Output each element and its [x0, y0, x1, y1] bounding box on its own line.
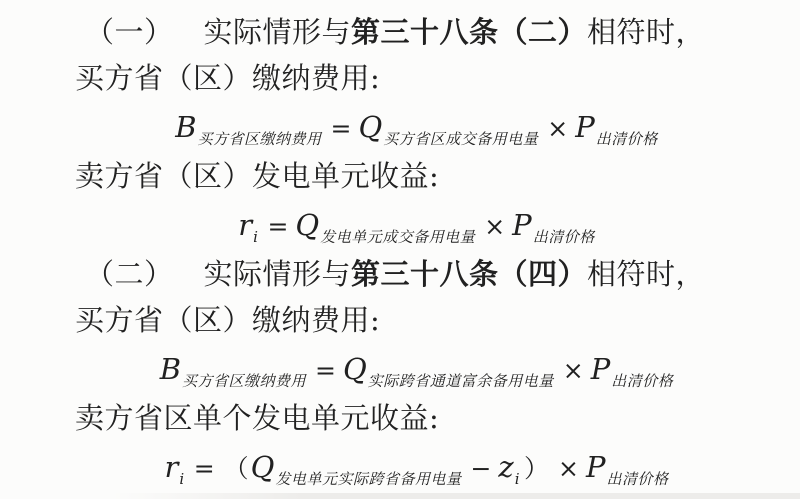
formula-subscript: i	[515, 470, 520, 488]
formula-variable: B	[160, 352, 181, 386]
formula-operator: ×	[558, 454, 579, 483]
formula-subscript: 买方省区成交备用电量	[383, 130, 538, 148]
formula-variable: Q	[295, 208, 319, 242]
formula-variable: Q	[251, 450, 275, 484]
formula-subscript: 出清价格	[611, 372, 673, 390]
formula-operator: =	[315, 356, 336, 385]
document-page: （一）实际情形与第三十八条（二）相符时， 买方省（区）缴纳费用: B买方省区缴纳…	[0, 0, 800, 499]
formula-variable: P	[591, 352, 611, 386]
formula-variable: Q	[359, 110, 383, 144]
formula-variable: B	[175, 110, 196, 144]
formula-variable: r	[238, 208, 252, 242]
formula-operator: =	[194, 454, 215, 483]
heading-text: 相符时，	[587, 15, 705, 49]
section-1-heading: （一）实际情形与第三十八条（二）相符时，	[75, 9, 760, 55]
buyer-fee-formula: B买方省区缴纳费用=Q实际跨省通道富余备用电量×P出清价格	[75, 343, 760, 395]
heading-text: 实际情形与	[204, 15, 352, 49]
document-content: （一）实际情形与第三十八条（二）相符时， 买方省（区）缴纳费用: B买方省区缴纳…	[0, 0, 800, 493]
buyer-fee-line: 买方省（区）缴纳费用:	[75, 297, 760, 343]
section-2-heading: （二）实际情形与第三十八条（四）相符时，	[75, 251, 760, 297]
heading-text: 实际情形与	[204, 257, 352, 291]
formula-subscript: i	[253, 228, 258, 246]
formula-variable: P	[586, 450, 606, 484]
formula-variable: z	[498, 450, 513, 484]
formula-variable: Q	[343, 352, 367, 386]
section-1-numeral: （一）	[85, 15, 174, 49]
formula-variable: P	[575, 110, 595, 144]
formula-operator: −	[470, 454, 491, 483]
seller-revenue-formula: ri=Q发电单元成交备用电量×P出清价格	[75, 199, 760, 251]
formula-subscript: 实际跨省通道富余备用电量	[368, 372, 554, 390]
buyer-fee-formula: B买方省区缴纳费用=Q买方省区成交备用电量×P出清价格	[75, 101, 760, 153]
formula-subscript: 出清价格	[596, 130, 658, 148]
article-reference-bold: 第三十八条（二）	[351, 15, 587, 49]
formula-operator: ×	[563, 356, 584, 385]
formula-operator: ×	[547, 114, 568, 143]
formula-subscript: 买方省区缴纳费用	[182, 372, 306, 390]
seller-revenue-line: 卖方省区单个发电单元收益:	[75, 395, 760, 441]
buyer-fee-line: 买方省（区）缴纳费用:	[75, 55, 760, 101]
article-reference-bold: 第三十八条（四）	[351, 257, 587, 291]
formula-variable: r	[165, 450, 179, 484]
formula-subscript: 出清价格	[533, 228, 595, 246]
formula-operator: ×	[484, 212, 505, 241]
formula-subscript: i	[179, 470, 184, 488]
page-bottom-edge	[0, 493, 800, 499]
seller-revenue-line: 卖方省（区）发电单元收益:	[75, 153, 760, 199]
formula-subscript: 出清价格	[606, 470, 668, 488]
formula-subscript: 发电单元成交备用电量	[320, 228, 475, 246]
seller-revenue-formula: ri=（Q发电单元实际跨省备用电量−zi）×P出清价格	[75, 441, 760, 493]
formula-variable: P	[512, 208, 532, 242]
formula-paren-icon: （	[224, 454, 249, 483]
formula-subscript: 发电单元实际跨省备用电量	[275, 470, 461, 488]
formula-paren-icon: ）	[524, 454, 549, 483]
formula-subscript: 买方省区缴纳费用	[198, 130, 322, 148]
section-2-numeral: （二）	[85, 257, 174, 291]
formula-operator: =	[267, 212, 288, 241]
heading-text: 相符时，	[587, 257, 705, 291]
formula-operator: =	[331, 114, 352, 143]
